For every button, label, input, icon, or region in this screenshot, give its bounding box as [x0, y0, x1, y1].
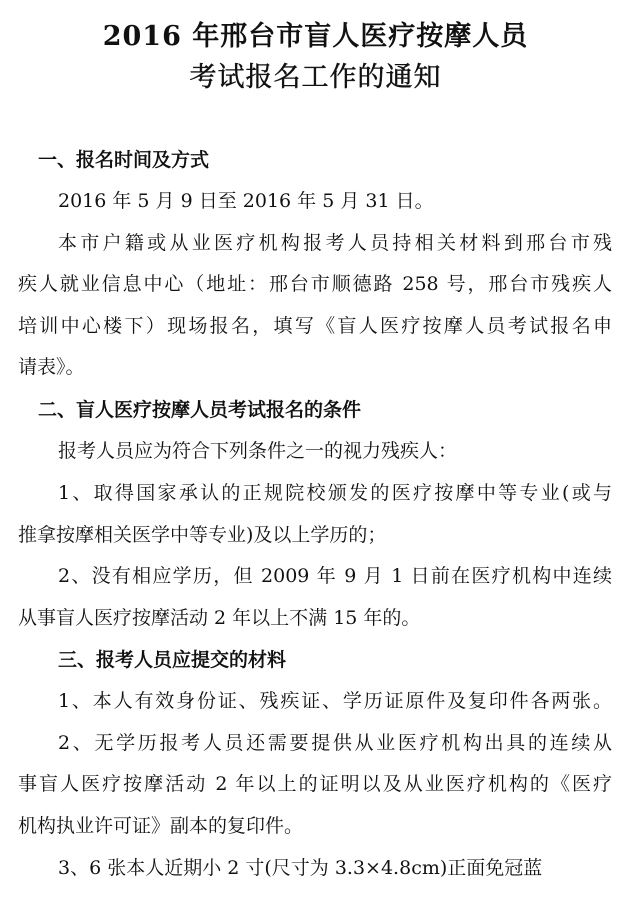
- paragraph-line: 机构执业许可证》副本的复印件。: [18, 813, 303, 839]
- paragraph-line: 2016 年 5 月 9 日至 2016 年 5 月 31 日。: [58, 188, 434, 214]
- paragraph-line: 2、没有相应学历，但 2009 年 9 月 1 日前在医疗机构中连续: [58, 563, 612, 589]
- title-line-1: 2016 年邢台市盲人医疗按摩人员: [0, 20, 631, 54]
- paragraph-line: 推拿按摩相关医学中等专业)及以上学历的；: [18, 522, 386, 548]
- paragraph-line: 事盲人医疗按摩活动 2 年以上的证明以及从业医疗机构的《医疗: [18, 771, 612, 797]
- paragraph-line: 本市户籍或从业医疗机构报考人员持相关材料到邢台市残: [58, 230, 612, 256]
- paragraph-line: 疾人就业信息中心（地址：邢台市顺德路 258 号，邢台市残疾人: [18, 271, 612, 297]
- paragraph-line: 3、6 张本人近期小 2 寸(尺寸为 3.3×4.8cm)正面免冠蓝: [58, 855, 542, 881]
- paragraph-line: 1、取得国家承认的正规院校颁发的医疗按摩中等专业(或与: [58, 480, 612, 506]
- section-1-heading: 一、报名时间及方式: [38, 147, 209, 173]
- paragraph-line: 从事盲人医疗按摩活动 2 年以上不满 15 年的。: [18, 605, 420, 631]
- paragraph-line: 1、本人有效身份证、残疾证、学历证原件及复印件各两张。: [58, 688, 612, 714]
- paragraph-line: 培训中心楼下）现场报名，填写《盲人医疗按摩人员考试报名申: [18, 313, 612, 339]
- title-line-2: 考试报名工作的通知: [0, 61, 631, 95]
- section-2-heading: 二、盲人医疗按摩人员考试报名的条件: [38, 397, 361, 423]
- paragraph-line: 请表》。: [18, 354, 85, 380]
- paragraph-line: 2、无学历报考人员还需要提供从业医疗机构出具的连续从: [58, 730, 612, 756]
- section-3-heading: 三、报考人员应提交的材料: [58, 647, 286, 673]
- paragraph-line: 报考人员应为符合下列条件之一的视力残疾人：: [58, 438, 457, 464]
